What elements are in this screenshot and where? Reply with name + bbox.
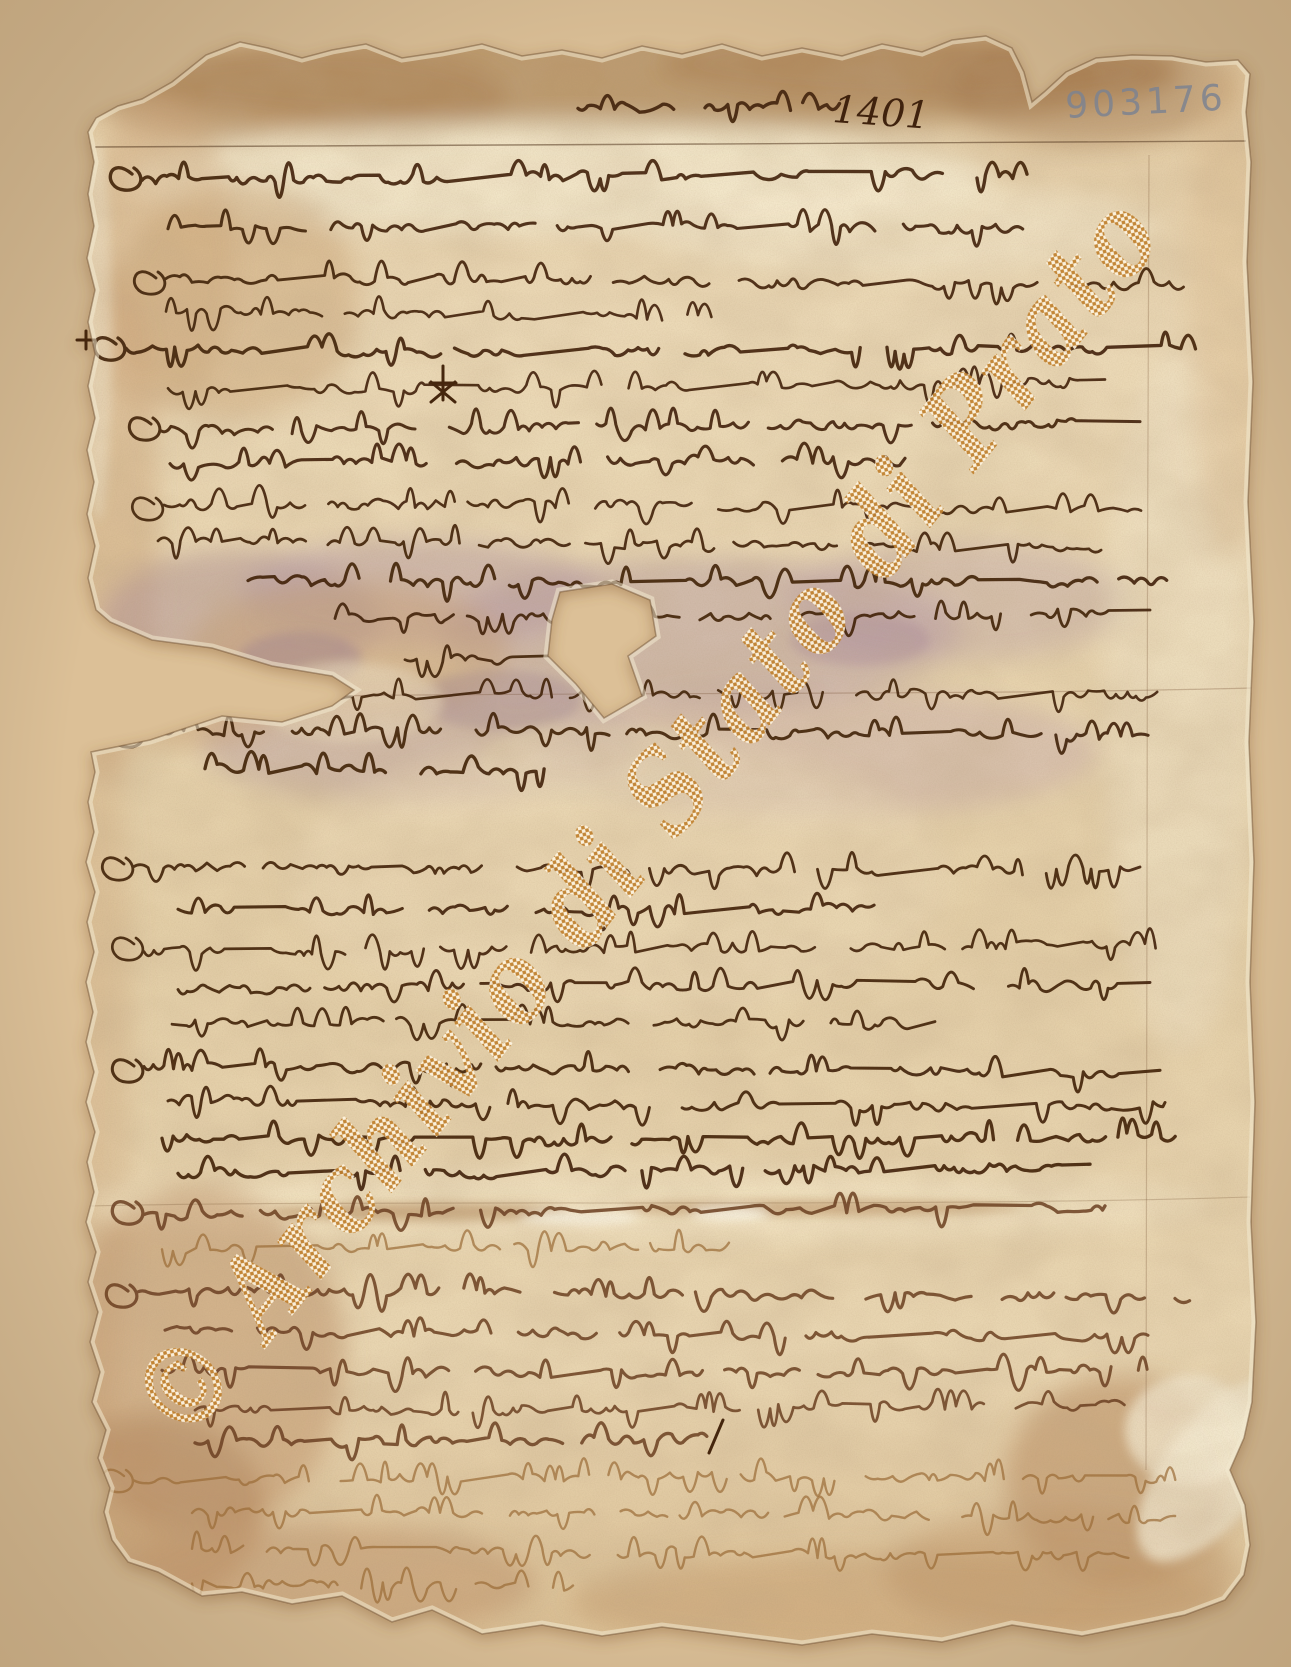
manuscript-scan: 1401 903176 © Archivio di Stato di Prato (0, 0, 1291, 1667)
dateline-year: 1401 (831, 87, 931, 138)
archive-number: 903176 (1064, 78, 1227, 127)
manuscript-canvas: 1401 903176 © Archivio di Stato di Prato (0, 0, 1291, 1667)
